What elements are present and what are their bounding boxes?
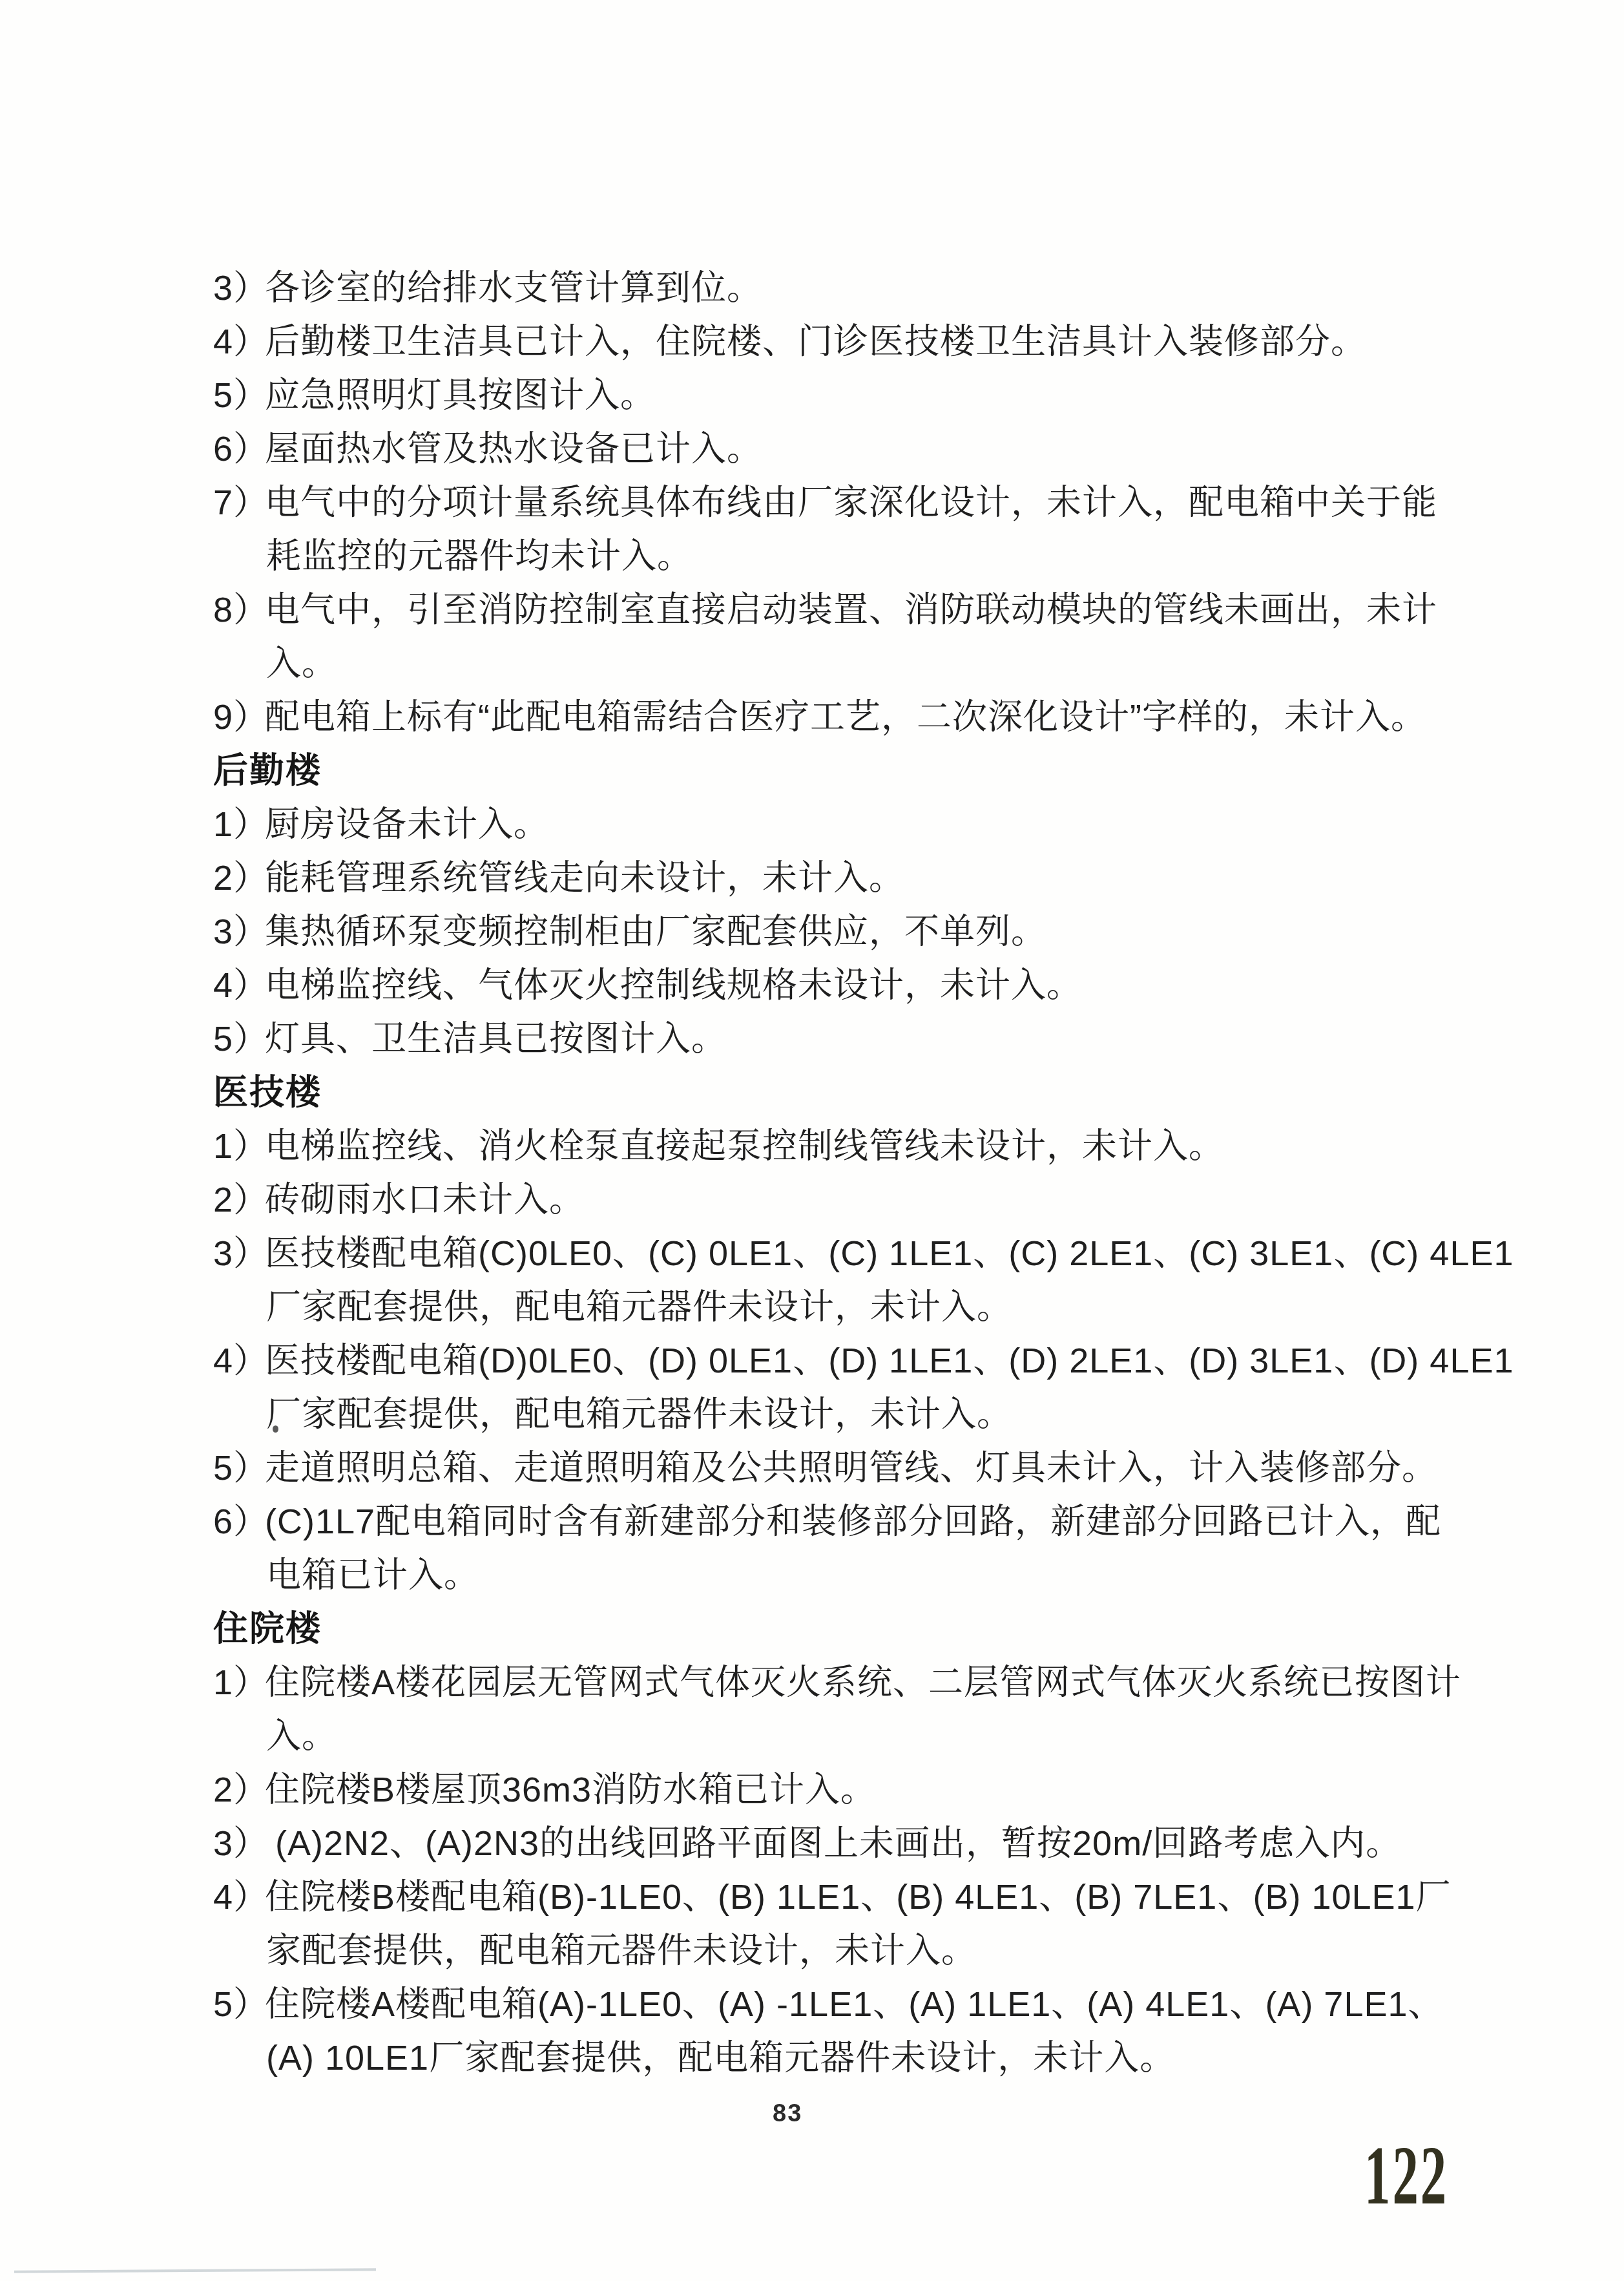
list-item-wrap-line: 厂家配套提供，配电箱元器件未设计，未计入。 [213,1277,1428,1331]
list-item-line: 4）电梯监控线、气体灭火控制线规格未设计，未计入。 [213,956,1428,1009]
item-marker: 2） [213,1172,265,1222]
list-item-wrap-line: (A) 10LE1厂家配套提供，配电箱元器件未设计，未计入。 [213,2028,1428,2082]
item-text: 住院楼B楼配电箱(B)-1LE0、(B) 1LE1、(B) 4LE1、(B) 7… [265,1869,1452,1919]
scan-artifact-dot [273,1425,278,1433]
list-item-wrap-line: 电箱已计入。 [213,1546,1428,1599]
item-marker: 4） [213,958,265,1007]
item-marker: 1） [213,1119,265,1168]
item-text: 砖砌雨水口未计入。 [265,1172,585,1222]
item-marker: 6） [213,421,265,471]
list-item-wrap-line: 入。 [213,1707,1428,1760]
list-item-wrap-line: 家配套提供，配电箱元器件未设计，未计入。 [213,1921,1428,1975]
section-heading: 住院楼 [213,1599,1428,1653]
document-body-text: 3）各诊室的给排水支管计算到位。 4）后勤楼卫生洁具已计入，住院楼、门诊医技楼卫… [213,258,1428,2082]
folio-stamp-number: 122 [1364,2134,1448,2218]
item-marker: 5） [213,1977,265,2026]
item-marker: 5） [213,1011,265,1061]
item-marker: 6） [213,1494,265,1544]
list-item-line: 5）走道照明总箱、走道照明箱及公共照明管线、灯具未计入，计入装修部分。 [213,1438,1428,1492]
item-marker: 3） [213,904,265,954]
item-text: 能耗管理系统管线走向未设计，未计入。 [265,850,904,900]
item-text: 后勤楼卫生洁具已计入，住院楼、门诊医技楼卫生洁具计入装修部分。 [265,314,1366,364]
item-marker: 9） [213,689,265,739]
item-text: 厂家配套提供，配电箱元器件未设计，未计入。 [266,1387,1012,1436]
item-text: 家配套提供，配电箱元器件未设计，未计入。 [266,1923,977,1973]
item-marker: 7） [213,475,265,525]
item-text: 医技楼配电箱(C)0LE0、(C) 0LE1、(C) 1LE1、(C) 2LE1… [265,1226,1514,1276]
item-marker: 3） [213,260,265,310]
list-item-wrap-line: 厂家配套提供，配电箱元器件未设计，未计入。 [213,1385,1428,1438]
list-item-line: 1）住院楼A楼花园层无管网式气体灭火系统、二层管网式气体灭火系统已按图计 [213,1653,1428,1707]
section-heading: 医技楼 [213,1063,1428,1117]
list-item-line: 6）屋面热水管及热水设备已计入。 [213,419,1428,473]
list-item-line: 4）医技楼配电箱(D)0LE0、(D) 0LE1、(D) 1LE1、(D) 2L… [213,1331,1428,1385]
list-item-line: 5）灯具、卫生洁具已按图计入。 [213,1009,1428,1063]
item-text: 各诊室的给排水支管计算到位。 [265,260,762,310]
item-text: 配电箱上标有“此配电箱需结合医疗工艺，二次深化设计”字样的，未计入。 [265,689,1426,739]
item-text: 入。 [266,636,337,686]
item-marker: 4） [213,1869,265,1919]
list-item-line: 5）应急照明灯具按图计入。 [213,366,1428,419]
item-text: 电气中的分项计量系统具体布线由厂家深化设计，未计入，配电箱中关于能 [265,475,1437,525]
list-item-line: 1）电梯监控线、消火栓泵直接起泵控制线管线未设计，未计入。 [213,1117,1428,1170]
item-marker: 4） [213,314,265,364]
item-marker: 8） [213,582,265,632]
item-text: (C)1L7配电箱同时含有新建部分和装修部分回路，新建部分回路已计入，配 [265,1494,1441,1544]
item-marker: 2） [213,1762,265,1812]
list-item-line: 4）住院楼B楼配电箱(B)-1LE0、(B) 1LE1、(B) 4LE1、(B)… [213,1867,1428,1921]
item-text: (A)2N2、(A)2N3的出线回路平面图上未画出，暂按20m/回路考虑入内。 [265,1816,1401,1866]
list-item-line: 4）后勤楼卫生洁具已计入，住院楼、门诊医技楼卫生洁具计入装修部分。 [213,312,1428,366]
list-item-line: 7）电气中的分项计量系统具体布线由厂家深化设计，未计入，配电箱中关于能 [213,473,1428,527]
list-item-line: 2）砖砌雨水口未计入。 [213,1170,1428,1224]
item-text: 住院楼A楼配电箱(A)-1LE0、(A) -1LE1、(A) 1LE1、(A) … [265,1977,1443,2026]
list-item-line: 3）集热循环泵变频控制柜由厂家配套供应，不单列。 [213,902,1428,956]
item-text: 集热循环泵变频控制柜由厂家配套供应，不单列。 [265,904,1046,954]
item-text: 电梯监控线、气体灭火控制线规格未设计，未计入。 [265,958,1082,1007]
list-item-line: 2）住院楼B楼屋顶36m3消防水箱已计入。 [213,1760,1428,1814]
list-item-line: 3） (A)2N2、(A)2N3的出线回路平面图上未画出，暂按20m/回路考虑入… [213,1814,1428,1867]
item-text: 电气中，引至消防控制室直接启动装置、消防联动模块的管线未画出，未计 [265,582,1437,632]
list-item-line: 9）配电箱上标有“此配电箱需结合医疗工艺，二次深化设计”字样的，未计入。 [213,688,1428,741]
item-marker: 1） [213,797,265,846]
list-item-line: 2）能耗管理系统管线走向未设计，未计入。 [213,848,1428,902]
item-marker: 5） [213,368,265,417]
item-text: 屋面热水管及热水设备已计入。 [265,421,762,471]
list-item-line: 3）各诊室的给排水支管计算到位。 [213,258,1428,312]
item-text: 入。 [266,1708,337,1758]
section-heading: 后勤楼 [213,741,1428,795]
list-item-line: 1）厨房设备未计入。 [213,795,1428,848]
list-item-line: 5）住院楼A楼配电箱(A)-1LE0、(A) -1LE1、(A) 1LE1、(A… [213,1975,1428,2028]
item-text: 厨房设备未计入。 [265,797,549,846]
item-marker: 3） [213,1816,265,1866]
item-text: 医技楼配电箱(D)0LE0、(D) 0LE1、(D) 1LE1、(D) 2LE1… [265,1333,1514,1383]
item-text: 耗监控的元器件均未计入。 [266,529,692,578]
item-marker: 5） [213,1440,265,1490]
list-item-line: 3）医技楼配电箱(C)0LE0、(C) 0LE1、(C) 1LE1、(C) 2L… [213,1224,1428,1277]
item-text: 电梯监控线、消火栓泵直接起泵控制线管线未设计，未计入。 [265,1119,1224,1168]
list-item-wrap-line: 耗监控的元器件均未计入。 [213,527,1428,580]
list-item-line: 8）电气中，引至消防控制室直接启动装置、消防联动模块的管线未画出，未计 [213,580,1428,634]
item-text: 走道照明总箱、走道照明箱及公共照明管线、灯具未计入，计入装修部分。 [265,1440,1437,1490]
item-marker: 4） [213,1333,265,1383]
item-text: (A) 10LE1厂家配套提供，配电箱元器件未设计，未计入。 [266,2030,1175,2080]
item-text: 厂家配套提供，配电箱元器件未设计，未计入。 [266,1279,1012,1329]
scan-artifact-line [14,2268,376,2273]
item-text: 电箱已计入。 [266,1548,479,1597]
scanned-document-page: 3）各诊室的给排水支管计算到位。 4）后勤楼卫生洁具已计入，住院楼、门诊医技楼卫… [0,0,1624,2281]
page-number: 83 [773,2100,802,2128]
list-item-wrap-line: 入。 [213,634,1428,688]
item-marker: 1） [213,1655,265,1705]
item-marker: 3） [213,1226,265,1276]
item-marker: 2） [213,850,265,900]
item-text: 应急照明灯具按图计入。 [265,368,656,417]
item-text: 灯具、卫生洁具已按图计入。 [265,1011,727,1061]
item-text: 住院楼B楼屋顶36m3消防水箱已计入。 [265,1762,876,1812]
list-item-line: 6）(C)1L7配电箱同时含有新建部分和装修部分回路，新建部分回路已计入，配 [213,1492,1428,1546]
item-text: 住院楼A楼花园层无管网式气体灭火系统、二层管网式气体灭火系统已按图计 [265,1655,1461,1705]
